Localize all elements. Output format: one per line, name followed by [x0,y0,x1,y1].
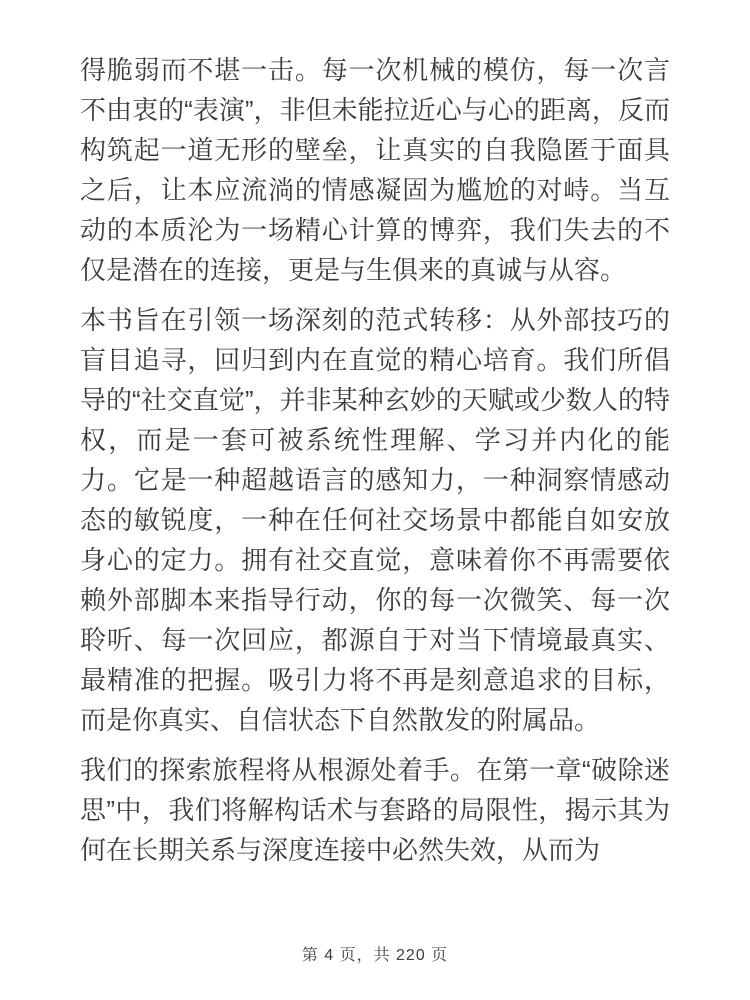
document-page: 得脆弱而不堪一击。每一次机械的模仿，每一次言不由衷的“表演”，非但未能拉近心与心… [0,0,750,1000]
page-content: 得脆弱而不堪一击。每一次机械的模仿，每一次言不由衷的“表演”，非但未能拉近心与心… [80,50,670,880]
paragraph: 本书旨在引领一场深刻的范式转移：从外部技巧的盲目追寻，回归到内在直觉的精心培育。… [80,300,670,740]
paragraph: 得脆弱而不堪一击。每一次机械的模仿，每一次言不由衷的“表演”，非但未能拉近心与心… [80,50,670,290]
page-number-indicator: 第 4 页，共 220 页 [302,947,448,964]
paragraph: 我们的探索旅程将从根源处着手。在第一章“破除迷思”中，我们将解构话术与套路的局限… [80,750,670,870]
page-footer: 第 4 页，共 220 页 [0,944,750,968]
